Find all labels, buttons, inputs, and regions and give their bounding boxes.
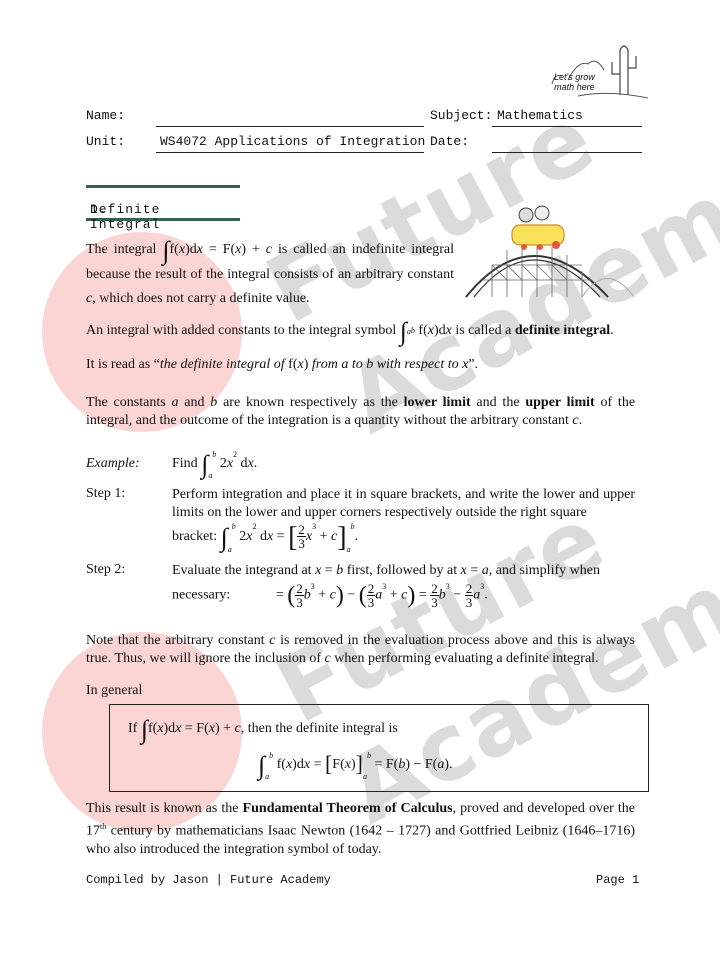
theorem-paragraph: This result is known as the Fundamental … — [86, 800, 635, 859]
example-block: Example: Find ∫ab 2x2 dx. Step 1: Perfor… — [86, 450, 646, 610]
header-fields: Name: Subject: Mathematics Unit: WS4072 … — [0, 0, 720, 160]
name-label: Name: — [86, 108, 125, 123]
date-label: Date: — [430, 134, 469, 149]
name-field[interactable] — [160, 108, 424, 124]
example-label: Example: — [86, 456, 140, 472]
section-title: Definite Integral — [90, 202, 160, 232]
footer-credit: Compiled by Jason | Future Academy — [86, 873, 331, 887]
step1-label: Step 1: — [86, 486, 125, 502]
theorem-box-formula: ∫ab f(x)dx = [F(x)]ab = F(b) − F(a). — [258, 751, 453, 781]
step1-text: Perform integration and place it in squa… — [172, 486, 635, 522]
subject-underline — [492, 126, 642, 127]
subject-field[interactable]: Mathematics — [497, 108, 583, 123]
name-underline — [156, 126, 424, 127]
roller-coaster-illustration — [462, 205, 638, 301]
theorem-box: If ∫f(x)dx = F(x) + c, then the definite… — [109, 704, 649, 792]
definite-integral-definition: An integral with added constants to the … — [86, 322, 646, 341]
date-field[interactable] — [497, 134, 642, 150]
integral-sign-icon: ∫ — [162, 236, 169, 265]
step1-formula: bracket: ∫ab 2x2 dx = [23x3 + c]ab. — [172, 522, 358, 554]
section-heading: 1. Definite Integral — [86, 185, 240, 221]
definite-integral-reading: It is read as “the definite integral of … — [86, 356, 646, 374]
note-paragraph: Note that the arbitrary constant c is re… — [86, 632, 635, 668]
subject-label: Subject: — [430, 108, 492, 123]
step2-formula: necessary: = (23b3 + c) − (23a3 + c) = 2… — [172, 582, 488, 610]
unit-underline — [156, 152, 424, 153]
page-number: Page 1 — [596, 873, 639, 887]
date-underline — [492, 152, 642, 153]
step2-text: Evaluate the integrand at x = b first, f… — [172, 562, 635, 580]
integral-sign-icon: ∫ — [400, 317, 407, 346]
indefinite-integral-paragraph: The integral ∫f(x)dx = F(x) + c is calle… — [86, 238, 454, 311]
roller-coaster-icon — [462, 205, 638, 301]
example-problem: Find ∫ab 2x2 dx. — [172, 450, 257, 480]
in-general-label: In general — [86, 682, 142, 700]
unit-label: Unit: — [86, 134, 125, 149]
limits-paragraph: The constants a and b are known respecti… — [86, 394, 635, 430]
unit-field[interactable]: WS4072 Applications of Integration — [160, 134, 425, 149]
theorem-box-if-line: If ∫f(x)dx = F(x) + c, then the definite… — [128, 715, 398, 745]
indefinite-formula: f(x)dx = F(x) + c — [170, 242, 273, 257]
step2-label: Step 2: — [86, 562, 125, 578]
